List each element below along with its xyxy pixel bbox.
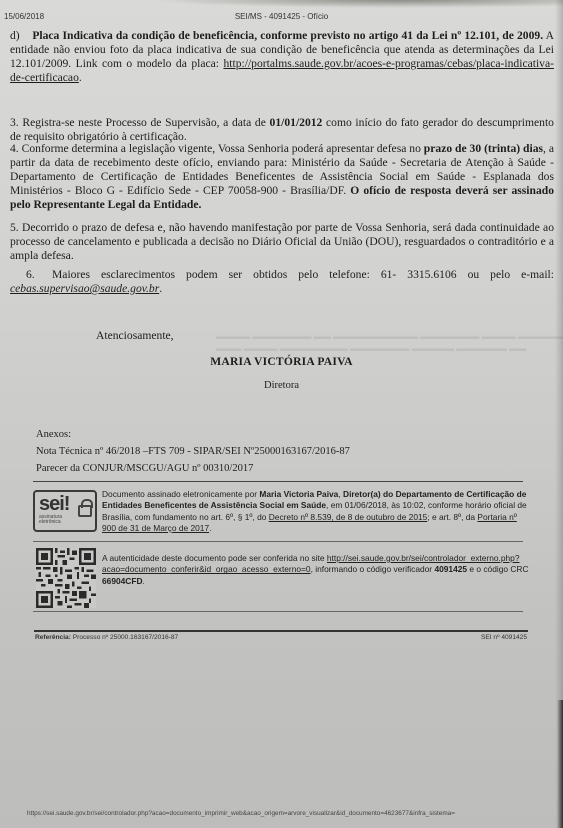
punctuation: . — [79, 71, 82, 84]
reference-label: Referência: — [35, 634, 71, 641]
annex-item: Nota Técnica nº 46/2018 –FTS 709 - SIPAR… — [36, 446, 350, 457]
divider — [34, 630, 528, 632]
signer-name: MARIA VICTÓRIA PAIVA — [0, 355, 563, 368]
annexes-label: Anexos: — [36, 429, 71, 440]
sig-signer: Maria Victoria Paiva — [259, 489, 338, 499]
verification-code: 4091425 — [434, 564, 467, 574]
sei-signature-logo: sei! assinaturaeletrônica — [33, 490, 97, 532]
auth-text: e o código CRC — [467, 564, 528, 574]
sei-logo-subtitle: assinaturaeletrônica — [39, 515, 62, 525]
sig-text: Documento assinado eletronicamente por — [102, 489, 259, 499]
decree-link[interactable]: Decreto nº 8.539, de 8 de outubro de 201… — [269, 512, 428, 522]
show-through-text: ▬▬▬ ▬▬▬▬ ▬▬▬▬▬▬▬▬ ▬▬▬▬▬▬▬ ▬▬▬▬▬ ▬▬▬▬▬▬ ▬… — [216, 343, 526, 353]
sei-number: SEI nº 4091425 — [481, 634, 527, 641]
print-title: SEI/MS - 4091425 - Ofício — [0, 12, 563, 21]
photo-shadow — [150, 0, 563, 8]
qr-code-icon — [35, 548, 97, 608]
electronic-signature-text: Documento assinado eletronicamente por M… — [102, 489, 530, 534]
auth-text: , informando o código verificador — [311, 564, 435, 574]
crc-code: 66904CFD — [102, 576, 143, 586]
fact-date: 01/01/2012 — [270, 116, 323, 129]
punctuation: . — [159, 282, 162, 295]
item-number: 6. — [10, 268, 52, 282]
item-3-text: 3. Registra-se neste Processo de Supervi… — [10, 116, 270, 129]
auth-text: A autenticidade deste documento pode ser… — [102, 553, 327, 563]
salutation: Atenciosamente, — [96, 329, 174, 342]
divider — [33, 611, 523, 612]
show-through-text: ▬▬▬▬ ▬▬▬▬▬▬▬ ▬▬ ▬▬▬▬▬▬▬▬▬▬ ▬▬▬▬▬▬▬ ▬▬▬▬ … — [216, 331, 563, 341]
divider — [33, 541, 523, 542]
paragraph-item-3: 3. Registra-se neste Processo de Supervi… — [10, 116, 554, 144]
logo-sub-line: eletrônica — [39, 519, 61, 525]
item-d-heading: Placa Indicativa da condição de beneficê… — [32, 29, 543, 42]
paragraph-item-6: 6.Maiores esclarecimentos podem ser obti… — [10, 268, 554, 296]
signer-role: Diretora — [0, 380, 563, 391]
item-4-text: 4. Conforme determina a legislação vigen… — [10, 142, 424, 155]
defense-deadline: prazo de 30 (trinta) dias — [424, 142, 543, 155]
paragraph-item-5: 5. Decorrido o prazo de defesa e, não ha… — [10, 221, 554, 263]
page-edge-shadow — [557, 700, 563, 828]
paragraph-item-4: 4. Conforme determina a legislação vigen… — [10, 142, 554, 212]
sig-text: . — [209, 523, 211, 533]
sig-text: ; e art. 8º, da — [427, 512, 477, 522]
print-footer-url: https://sei.saude.gov.br/sei/controlador… — [27, 810, 455, 817]
reference-process: Processo nº 25000.163167/2016-87 — [71, 634, 178, 641]
paragraph-item-d: d) Placa Indicativa da condição de benef… — [10, 29, 554, 85]
annex-item: Parecer da CONJUR/MSCGU/AGU nº 00310/201… — [36, 463, 253, 474]
item-6-text: Maiores esclarecimentos podem ser obtido… — [52, 268, 554, 281]
lock-icon — [78, 505, 92, 517]
auth-text: . — [143, 576, 145, 586]
item-label: d) — [10, 29, 20, 42]
process-reference: Referência: Processo nº 25000.163167/201… — [35, 634, 178, 641]
contact-email-link[interactable]: cebas.supervisao@saude.gov.br — [10, 282, 159, 295]
divider — [33, 481, 523, 482]
document-page: ▬▬▬▬ ▬▬▬▬▬▬▬ ▬▬ ▬▬▬▬▬▬▬▬▬▬ ▬▬▬▬▬▬▬ ▬▬▬▬ … — [0, 0, 563, 828]
authenticity-text: A autenticidade deste documento pode ser… — [102, 553, 532, 587]
sei-logo-text: sei! — [39, 493, 69, 516]
